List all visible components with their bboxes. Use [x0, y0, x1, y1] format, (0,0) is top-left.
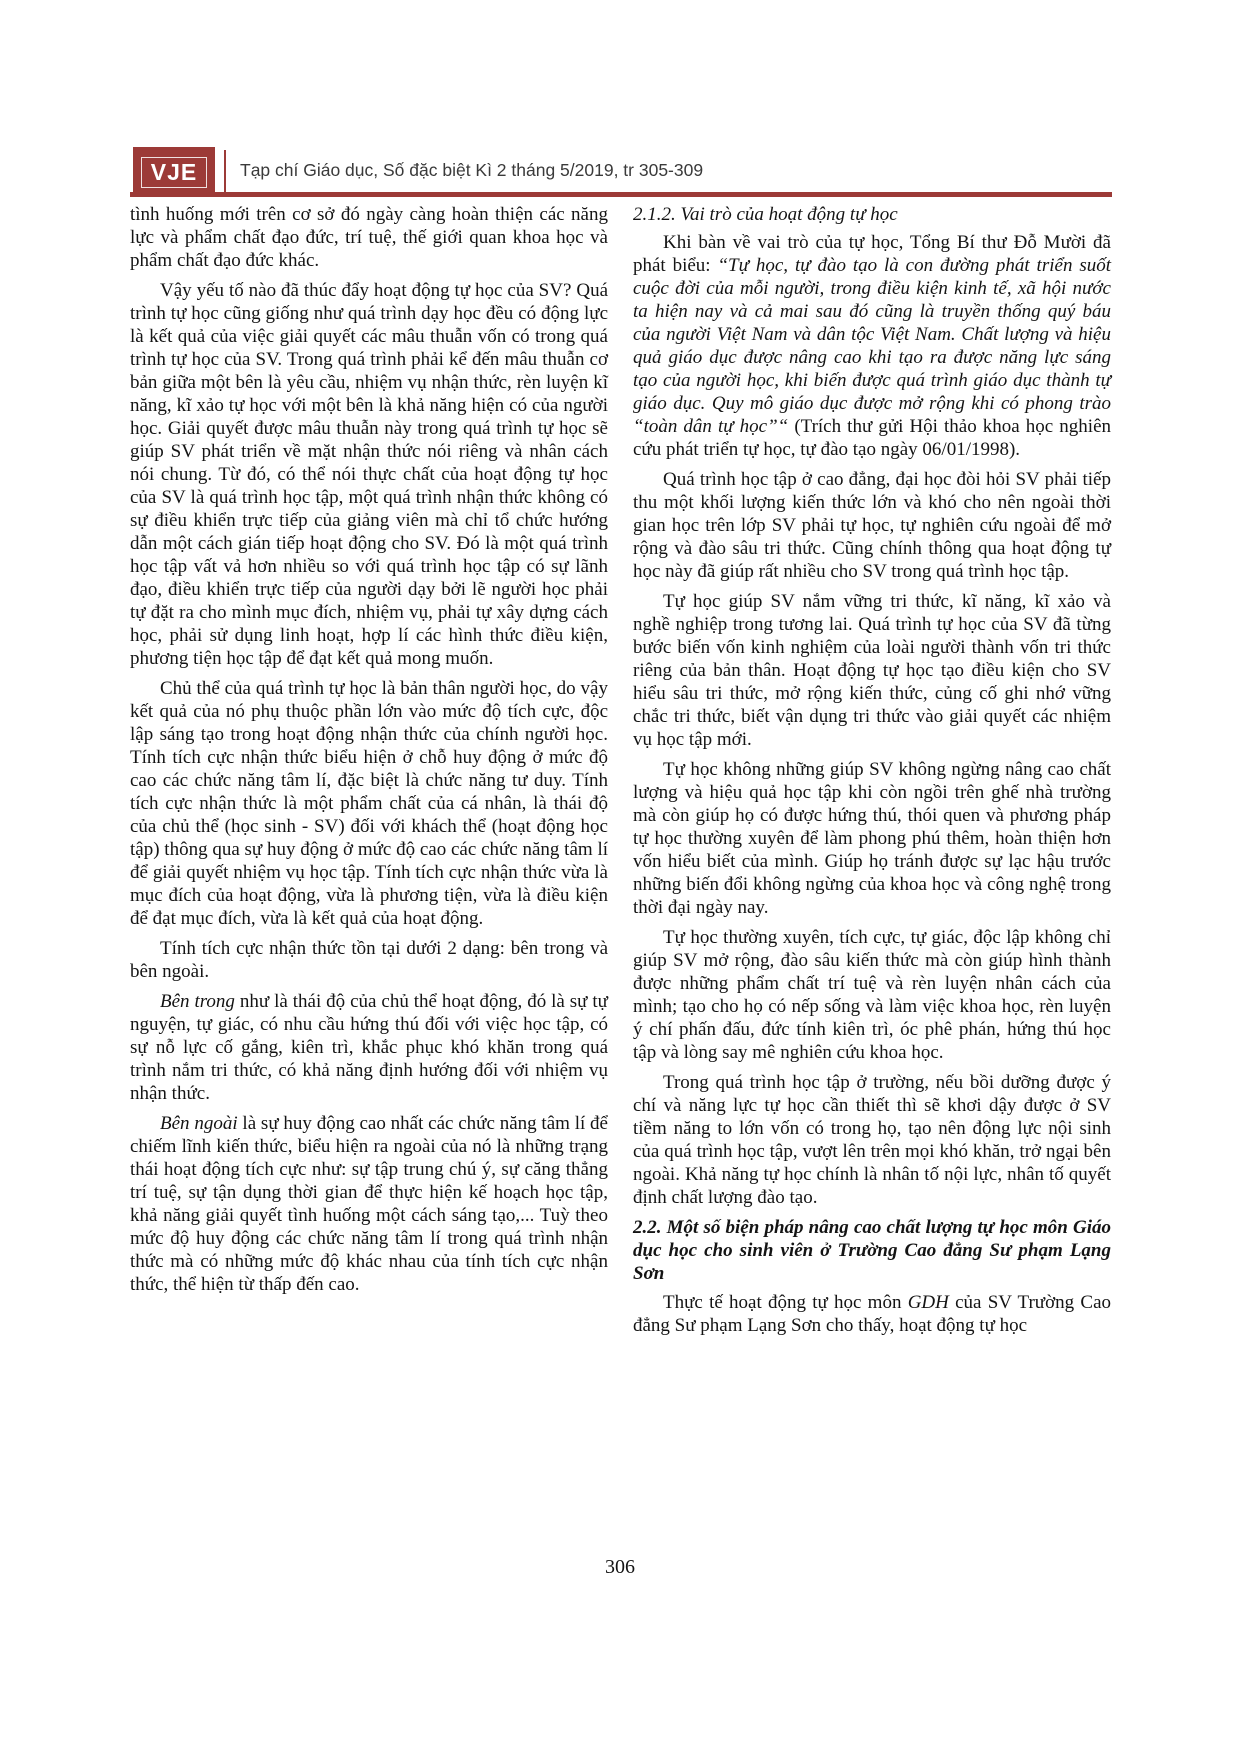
subsection-heading: 2.1.2. Vai trò của hoạt động tự học — [633, 203, 1111, 226]
paragraph: Vậy yếu tố nào đã thúc đẩy hoạt động tự … — [130, 279, 608, 670]
left-column: tình huống mới trên cơ sở đó ngày càng h… — [130, 203, 608, 1303]
journal-page: VJE Tạp chí Giáo dục, Số đặc biệt Kì 2 t… — [0, 0, 1240, 1754]
paragraph: Bên trong như là thái độ của chủ thể hoạ… — [130, 990, 608, 1105]
paragraph: Trong quá trình học tập ở trường, nếu bồ… — [633, 1071, 1111, 1209]
paragraph: Tự học không những giúp SV không ngừng n… — [633, 758, 1111, 919]
header-rule — [130, 192, 1112, 197]
paragraph: Tự học thường xuyên, tích cực, tự giác, … — [633, 926, 1111, 1064]
paragraph: Khi bàn về vai trò của tự học, Tổng Bí t… — [633, 231, 1111, 461]
journal-citation-line: Tạp chí Giáo dục, Số đặc biệt Kì 2 tháng… — [240, 160, 703, 181]
page-number: 306 — [0, 1556, 1240, 1579]
header-divider — [224, 150, 226, 194]
paragraph: Chủ thể của quá trình tự học là bản thân… — [130, 677, 608, 930]
journal-logo-text: VJE — [141, 157, 207, 188]
paragraph: Quá trình học tập ở cao đẳng, đại học đò… — [633, 468, 1111, 583]
paragraph: tình huống mới trên cơ sở đó ngày càng h… — [130, 203, 608, 272]
paragraph: Tự học giúp SV nắm vững tri thức, kĩ năn… — [633, 590, 1111, 751]
section-heading: 2.2. Một số biện pháp nâng cao chất lượn… — [633, 1216, 1111, 1285]
journal-logo: VJE — [133, 147, 215, 197]
right-column: 2.1.2. Vai trò của hoạt động tự họcKhi b… — [633, 203, 1111, 1344]
paragraph: Bên ngoài là sự huy động cao nhất các ch… — [130, 1112, 608, 1296]
paragraph: Thực tế hoạt động tự học môn GDH của SV … — [633, 1291, 1111, 1337]
paragraph: Tính tích cực nhận thức tồn tại dưới 2 d… — [130, 937, 608, 983]
